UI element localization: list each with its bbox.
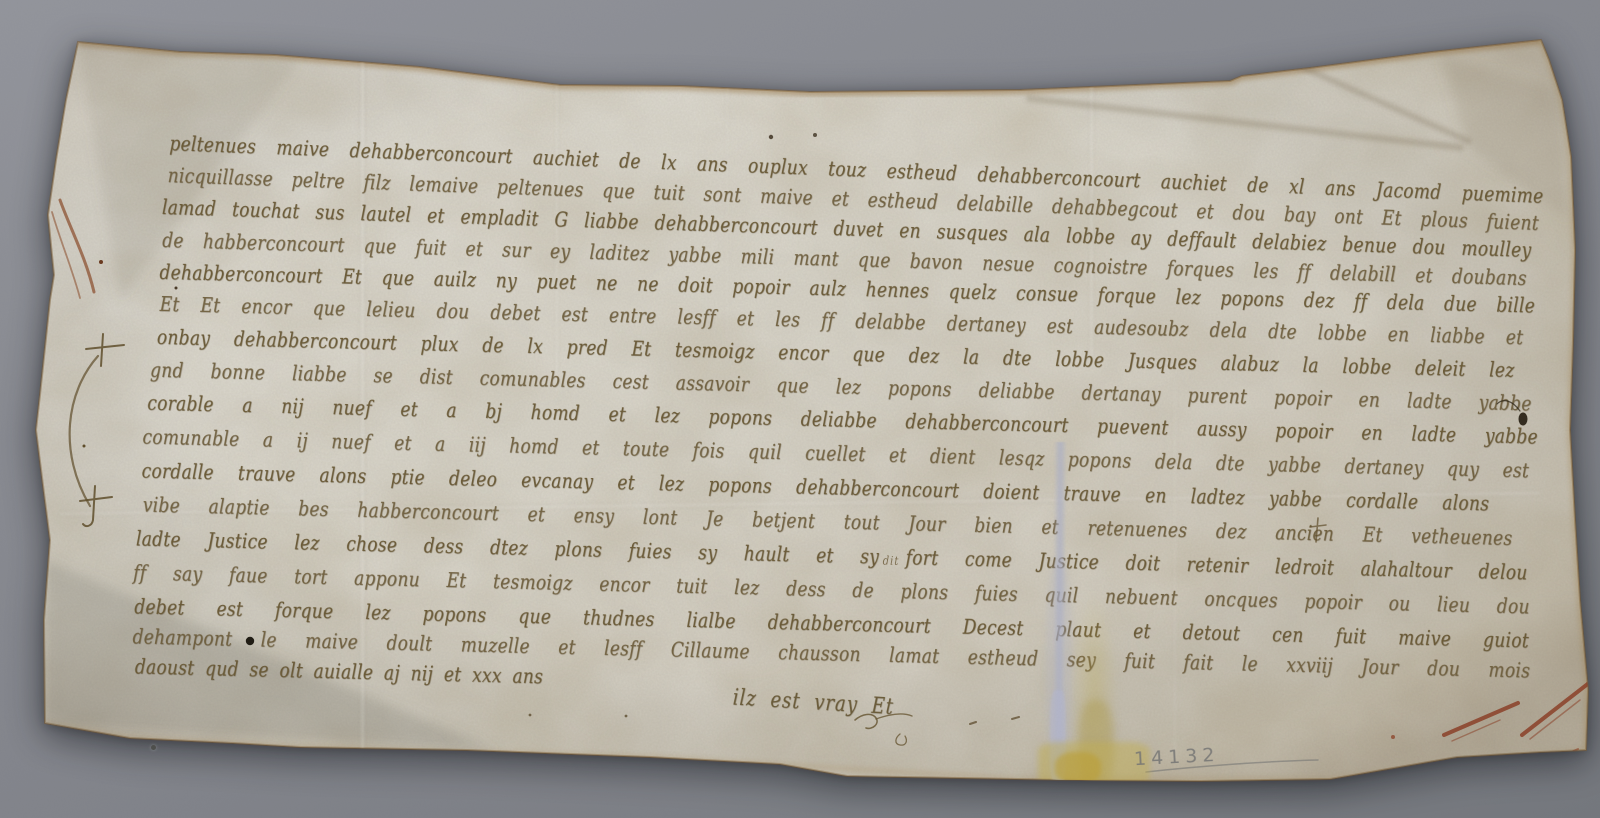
background-speck — [151, 745, 156, 750]
yellow-stain-blob — [1055, 752, 1101, 784]
manuscript-text-block: peltenues maive dehabberconcourt auchiet… — [132, 130, 1565, 725]
ink-speck — [83, 445, 86, 448]
red-hatch-mark — [1452, 720, 1500, 741]
margin-arc-mark — [70, 356, 98, 506]
red-speck — [1391, 735, 1395, 739]
interlinear-note: dit — [882, 555, 899, 570]
ink-dash — [970, 717, 1019, 724]
diagonal-crease-shadow — [1026, 93, 1464, 153]
ink-dot — [813, 133, 817, 137]
ink-dot — [769, 135, 773, 139]
flourish-mark — [896, 734, 907, 745]
red-ochre-streak — [52, 212, 80, 298]
ink-speck — [529, 714, 532, 717]
ink-speck — [99, 260, 103, 264]
parchment-surface-overlays: peltenues maive dehabberconcourt auchiet… — [0, 0, 1600, 818]
margin-cross-mark — [86, 334, 124, 366]
closing-phrase: ilz est vray Et — [732, 685, 895, 722]
red-ochre-streak — [60, 200, 94, 292]
margin-cross-mark — [80, 486, 112, 526]
pencil-inventory-number: 14132 — [1133, 744, 1219, 770]
ink-speck — [625, 715, 628, 718]
photo-scene: peltenues maive dehabberconcourt auchiet… — [0, 0, 1600, 818]
